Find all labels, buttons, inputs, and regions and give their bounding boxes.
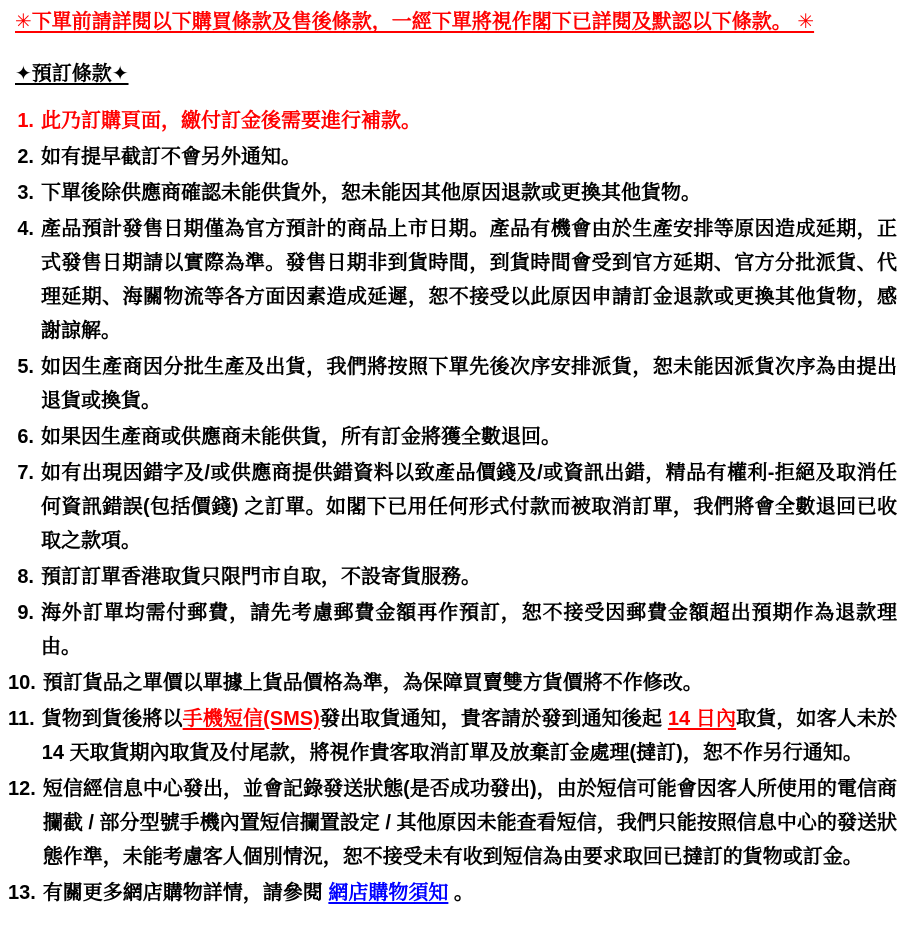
term-number: 10. bbox=[8, 666, 43, 700]
term-item-6: 6.如果因生產商或供應商未能供貨，所有訂金將獲全數退回。 bbox=[8, 420, 897, 454]
term-text: 如果因生產商或供應商未能供貨，所有訂金將獲全數退回。 bbox=[41, 420, 897, 454]
term-text: 此乃訂購頁面，繳付訂金後需要進行補款。 bbox=[41, 104, 897, 138]
term-item-13: 13.有關更多網店購物詳情，請參閱 網店購物須知 。 bbox=[8, 876, 897, 910]
pre-order-warning-header: ✳下單前請詳閱以下購買條款及售後條款，一經下單將視作閣下已詳閱及默認以下條款。 … bbox=[15, 8, 897, 36]
section-title-preorder-terms: ✦預訂條款✦ bbox=[15, 60, 897, 88]
term-item-2: 2.如有提早截訂不會另外通知。 bbox=[8, 140, 897, 174]
term-segment: 有關更多網店購物詳情，請參閱 bbox=[43, 882, 329, 904]
term-segment: 短信經信息中心發出，並會記錄發送狀態(是否成功發出)，由於短信可能會因客人所使用… bbox=[43, 778, 897, 868]
term-number: 2. bbox=[8, 140, 41, 174]
term-number: 6. bbox=[8, 420, 41, 454]
preorder-terms-list: 1.此乃訂購頁面，繳付訂金後需要進行補款。2.如有提早截訂不會另外通知。3.下單… bbox=[8, 104, 897, 910]
term-segment: 14 日內 bbox=[668, 708, 736, 730]
term-item-11: 11.貨物到貨後將以手機短信(SMS)發出取貨通知，貴客請於發到通知後起 14 … bbox=[8, 702, 897, 770]
term-text: 下單後除供應商確認未能供貨外，恕未能因其他原因退款或更換其他貨物。 bbox=[41, 176, 897, 210]
terms-document: ✳下單前請詳閱以下購買條款及售後條款，一經下單將視作閣下已詳閱及默認以下條款。 … bbox=[0, 0, 913, 922]
term-text: 預訂貨品之單價以單據上貨品價格為準，為保障買賣雙方貨價將不作修改。 bbox=[43, 666, 897, 700]
term-item-5: 5.如因生產商因分批生產及出貨，我們將按照下單先後次序安排派貨，恕未能因派貨次序… bbox=[8, 350, 897, 418]
shop-notice-link[interactable]: 網店購物須知 bbox=[328, 882, 448, 904]
term-item-7: 7.如有出現因錯字及/或供應商提供錯資料以致產品價錢及/或資訊出錯，精品有權利-… bbox=[8, 456, 897, 558]
term-item-4: 4.產品預計發售日期僅為官方預計的商品上市日期。產品有機會由於生產安排等原因造成… bbox=[8, 212, 897, 348]
term-text: 如有提早截訂不會另外通知。 bbox=[41, 140, 897, 174]
term-number: 9. bbox=[8, 596, 41, 664]
term-segment: 發出取貨通知，貴客請於發到通知後起 bbox=[320, 708, 668, 730]
term-text: 短信經信息中心發出，並會記錄發送狀態(是否成功發出)，由於短信可能會因客人所使用… bbox=[43, 772, 897, 874]
term-segment: 產品預計發售日期僅為官方預計的商品上市日期。產品有機會由於生產安排等原因造成延期… bbox=[41, 218, 897, 342]
term-number: 11. bbox=[8, 702, 42, 770]
term-segment: 如因生產商因分批生產及出貨，我們將按照下單先後次序安排派貨，恕未能因派貨次序為由… bbox=[41, 356, 897, 412]
term-item-12: 12.短信經信息中心發出，並會記錄發送狀態(是否成功發出)，由於短信可能會因客人… bbox=[8, 772, 897, 874]
term-text: 海外訂單均需付郵費，請先考慮郵費金額再作預訂，恕不接受因郵費金額超出預期作為退款… bbox=[41, 596, 897, 664]
term-text: 如因生產商因分批生產及出貨，我們將按照下單先後次序安排派貨，恕未能因派貨次序為由… bbox=[41, 350, 897, 418]
term-text: 產品預計發售日期僅為官方預計的商品上市日期。產品有機會由於生產安排等原因造成延期… bbox=[41, 212, 897, 348]
term-number: 13. bbox=[8, 876, 43, 910]
term-text: 如有出現因錯字及/或供應商提供錯資料以致產品價錢及/或資訊出錯，精品有權利-拒絕… bbox=[41, 456, 897, 558]
term-number: 5. bbox=[8, 350, 41, 418]
term-number: 7. bbox=[8, 456, 41, 558]
term-number: 12. bbox=[8, 772, 43, 874]
term-segment: 此乃訂購頁面，繳付訂金後需要進行補款。 bbox=[41, 110, 421, 132]
term-number: 8. bbox=[8, 560, 41, 594]
term-number: 1. bbox=[8, 104, 41, 138]
term-segment: 。 bbox=[448, 882, 474, 904]
term-text: 貨物到貨後將以手機短信(SMS)發出取貨通知，貴客請於發到通知後起 14 日內取… bbox=[42, 702, 897, 770]
term-segment: 如果因生產商或供應商未能供貨，所有訂金將獲全數退回。 bbox=[41, 426, 561, 448]
term-segment: 如有提早截訂不會另外通知。 bbox=[41, 146, 301, 168]
term-segment: 貨物到貨後將以 bbox=[42, 708, 183, 730]
term-segment: 手機短信(SMS) bbox=[183, 708, 320, 730]
term-segment: 如有出現因錯字及/或供應商提供錯資料以致產品價錢及/或資訊出錯，精品有權利-拒絕… bbox=[41, 462, 897, 552]
term-segment: 下單後除供應商確認未能供貨外，恕未能因其他原因退款或更換其他貨物。 bbox=[41, 182, 701, 204]
term-item-3: 3.下單後除供應商確認未能供貨外，恕未能因其他原因退款或更換其他貨物。 bbox=[8, 176, 897, 210]
term-text: 有關更多網店購物詳情，請參閱 網店購物須知 。 bbox=[43, 876, 897, 910]
term-item-10: 10.預訂貨品之單價以單據上貨品價格為準，為保障買賣雙方貨價將不作修改。 bbox=[8, 666, 897, 700]
term-item-9: 9.海外訂單均需付郵費，請先考慮郵費金額再作預訂，恕不接受因郵費金額超出預期作為… bbox=[8, 596, 897, 664]
term-item-8: 8.預訂訂單香港取貨只限門市自取，不設寄貨服務。 bbox=[8, 560, 897, 594]
term-item-1: 1.此乃訂購頁面，繳付訂金後需要進行補款。 bbox=[8, 104, 897, 138]
term-segment: 海外訂單均需付郵費，請先考慮郵費金額再作預訂，恕不接受因郵費金額超出預期作為退款… bbox=[41, 602, 897, 658]
term-number: 4. bbox=[8, 212, 41, 348]
term-text: 預訂訂單香港取貨只限門市自取，不設寄貨服務。 bbox=[41, 560, 897, 594]
term-segment: 預訂貨品之單價以單據上貨品價格為準，為保障買賣雙方貨價將不作修改。 bbox=[43, 672, 703, 694]
term-segment: 預訂訂單香港取貨只限門市自取，不設寄貨服務。 bbox=[41, 566, 481, 588]
page: { "header": { "text": "✳下單前請詳閱以下購買條款及售後條… bbox=[0, 0, 913, 922]
term-number: 3. bbox=[8, 176, 41, 210]
